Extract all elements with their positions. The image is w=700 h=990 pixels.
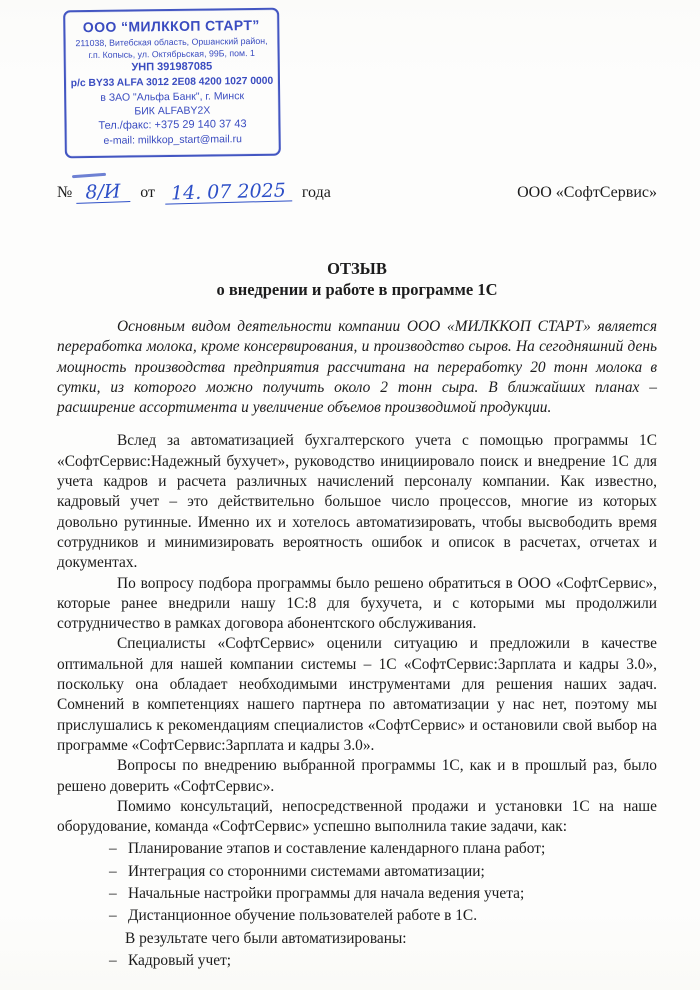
dash-bullet: – bbox=[109, 884, 117, 904]
pen-stroke-mark bbox=[72, 173, 106, 178]
title-line-1: ОТЗЫВ bbox=[57, 258, 657, 279]
results-intro: В результате чего были автоматизированы: bbox=[57, 929, 657, 949]
dash-bullet: – bbox=[109, 906, 117, 926]
from-label: от bbox=[140, 184, 155, 202]
handwritten-date: 14. 07 2025 bbox=[165, 182, 292, 204]
scanned-letter-page: ООО “МИЛККОП СТАРТ” 211038, Витебская об… bbox=[0, 0, 700, 990]
dash-bullet: – bbox=[109, 839, 117, 859]
task-item-text: Интеграция со сторонними системами автом… bbox=[128, 863, 485, 880]
paragraph-implementation-trust: Вопросы по внедрению выбранной программы… bbox=[57, 756, 657, 797]
dash-bullet: – bbox=[109, 951, 117, 971]
handwritten-ref-number: 8/И bbox=[76, 183, 131, 204]
company-stamp: ООО “МИЛККОП СТАРТ” 211038, Витебская об… bbox=[63, 8, 281, 159]
paragraph-company-activity: Основным видом деятельности компании ООО… bbox=[57, 317, 657, 418]
task-item: – Дистанционное обучение пользователей р… bbox=[57, 906, 657, 926]
year-label: года bbox=[302, 184, 331, 202]
task-item: – Начальные настройки программы для нача… bbox=[57, 884, 657, 904]
dash-bullet: – bbox=[109, 862, 117, 882]
letter-body: ОТЗЫВ о внедрении и работе в программе 1… bbox=[0, 211, 700, 971]
paragraph-tasks-intro: Помимо консультаций, непосредственной пр… bbox=[57, 797, 657, 838]
task-item-text: Начальные настройки программы для начала… bbox=[128, 885, 524, 902]
stamp-bank-name: в ЗАО "Альфа Банк", г. Минск bbox=[70, 89, 274, 105]
result-item-text: Кадровый учет; bbox=[128, 952, 231, 969]
reference-line: № 8/И от 14. 07 2025 года ООО «СофтСерви… bbox=[57, 183, 657, 202]
task-item: – Планирование этапов и составление кале… bbox=[57, 839, 657, 859]
number-label: № bbox=[57, 184, 72, 201]
ref-number-date: № 8/И от 14. 07 2025 года bbox=[57, 183, 337, 202]
stamp-email: e-mail: milkkop_start@mail.ru bbox=[71, 132, 275, 148]
task-item: – Интеграция со сторонними системами авт… bbox=[57, 862, 657, 882]
task-item-text: Планирование этапов и составление календ… bbox=[128, 840, 545, 857]
stamp-phone: Тел./факс: +375 29 140 37 43 bbox=[70, 117, 274, 134]
paragraph-softservis-choice: По вопросу подбора программы было решено… bbox=[57, 574, 657, 635]
paragraph-automation-goal: Вслед за автоматизацией бухгалтерского у… bbox=[57, 431, 657, 573]
paragraph-system-selection: Специалисты «СофтСервис» оценили ситуаци… bbox=[57, 634, 657, 756]
recipient-name: ООО «СофтСервис» bbox=[517, 184, 657, 202]
stamp-company-name: ООО “МИЛККОП СТАРТ” bbox=[69, 17, 273, 35]
result-item: – Кадровый учет; bbox=[57, 951, 657, 971]
task-item-text: Дистанционное обучение пользователей раб… bbox=[128, 907, 477, 924]
title-line-2: о внедрении и работе в программе 1С bbox=[57, 279, 657, 300]
letter-title: ОТЗЫВ о внедрении и работе в программе 1… bbox=[57, 258, 657, 300]
